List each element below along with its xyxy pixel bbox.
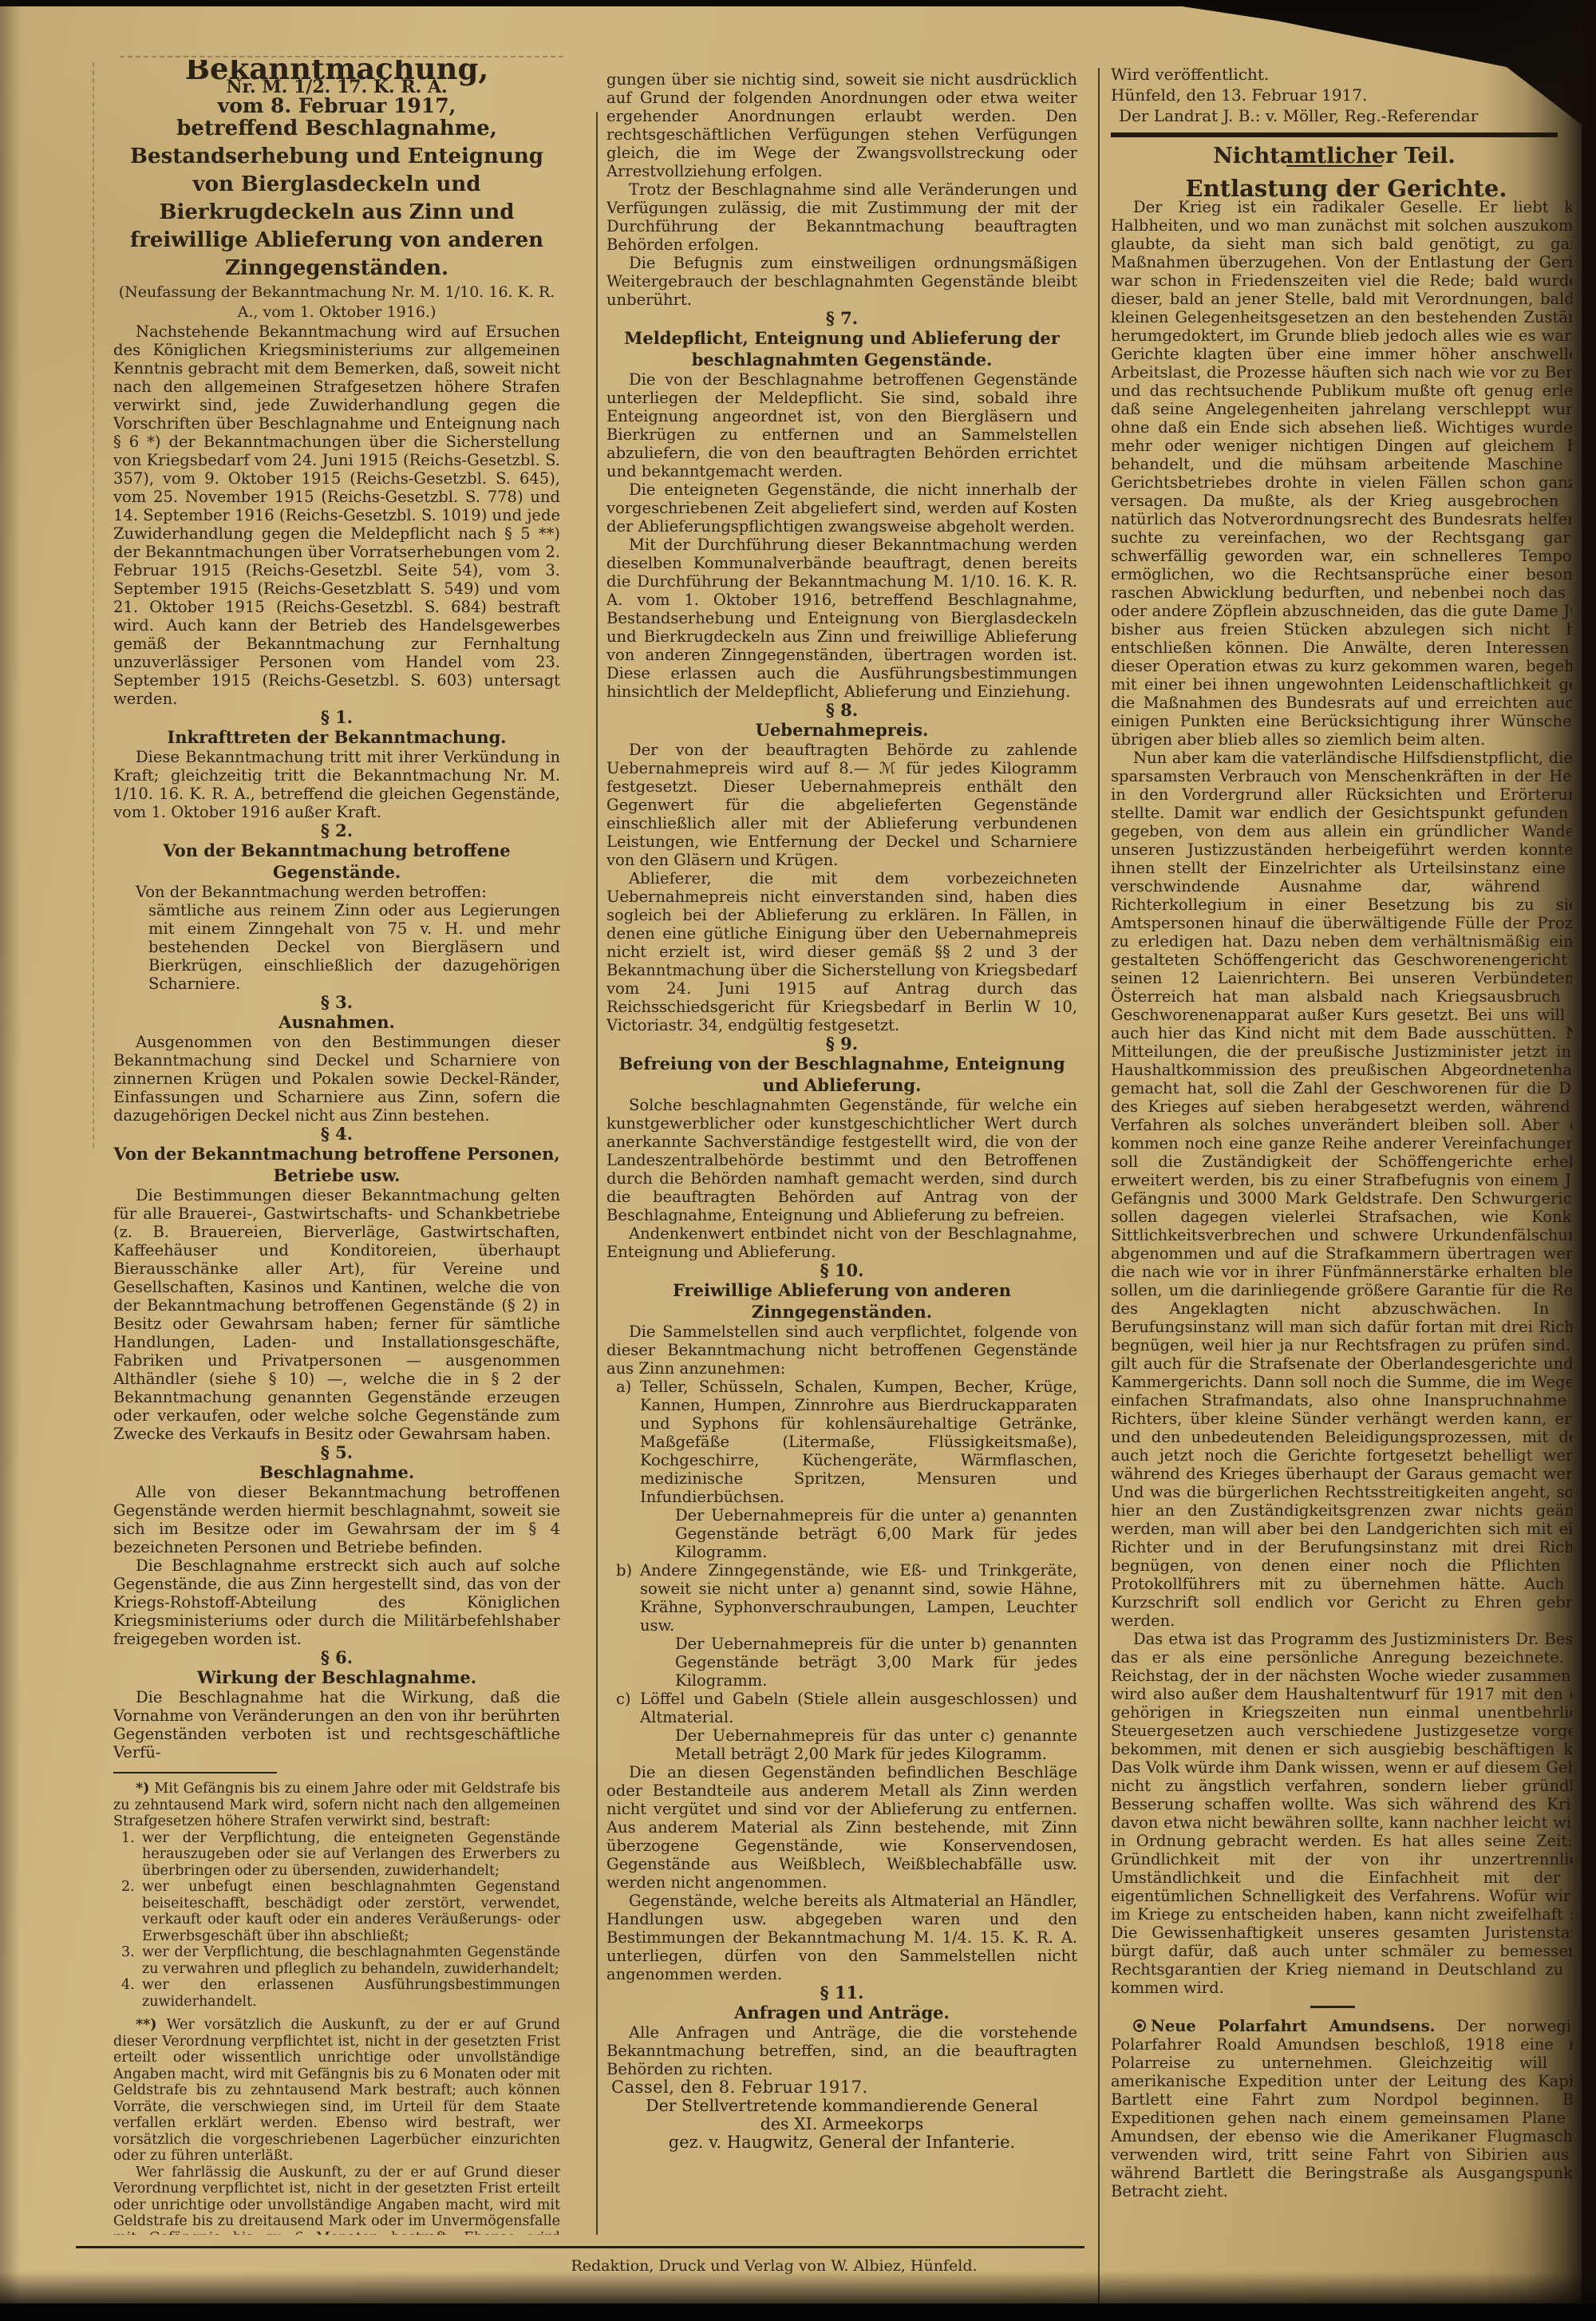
section-5-paragraph-2: Die Beschlagnahme erstreckt sich auch au… [113, 1556, 560, 1648]
footnote-doublestar-paragraph-1: **) Wer vorsätzlich die Auskunft, zu der… [113, 2017, 560, 2165]
footnote-separator-rule [113, 1772, 277, 1773]
announcement-intro-paragraph: Nachstehende Bekanntmachung wird auf Ers… [113, 322, 560, 708]
section-7-paragraph-1: Die von der Beschlagnahme betroffenen Ge… [606, 370, 1077, 480]
section-7-paragraph-2: Die enteigneten Gegenstände, die nicht i… [606, 480, 1077, 536]
column-divider-left-middle [596, 112, 598, 2235]
signature-line-1: Der Stellvertretende kommandierende Gene… [606, 2097, 1077, 2115]
left-column: Bekanntmachung, Nr. M. 1/2. 17. K. R. A.… [113, 60, 560, 2235]
footnote-doublestar-paragraph-2: Wer fahrlässig die Auskunft, zu der er a… [113, 2165, 560, 2236]
nonofficial-part-masthead: Nichtamtlicher Teil. [1111, 147, 1558, 165]
right-column: Wird veröffentlicht. Hünfeld, den 13. Fe… [1111, 64, 1572, 2305]
section-10-item-b-price: Der Uebernahmepreis für die unter b) gen… [606, 1635, 1077, 1690]
publication-note-landrat-line: Der Landrat J. B.: v. Möller, Reg.-Refer… [1111, 105, 1572, 126]
thick-divider-rule [1111, 132, 1558, 137]
section-6-paragraph: Die Beschlagnahme hat die Wirkung, daß d… [113, 1688, 560, 1762]
circled-dot-bullet-icon [1133, 2019, 1146, 2032]
section-11-paragraph: Alle Anfragen und Anträge, die die vorst… [606, 2023, 1077, 2078]
section-9-paragraph-1: Solche beschlagnahmten Gegenstände, für … [606, 1096, 1077, 1224]
section-1-heading: Inkrafttreten der Bekanntmachung. [113, 726, 560, 748]
article-paragraph-2: Nun aber kam die vaterländische Hilfsdie… [1111, 749, 1572, 1630]
section-8-paragraph-1: Der von der beauftragten Behörde zu zahl… [606, 741, 1077, 869]
footnote-doublestar-marker: **) [136, 2017, 157, 2033]
publication-note-line-2: Hünfeld, den 13. Februar 1917. [1111, 85, 1572, 105]
middle-column: gungen über sie nichtig sind, soweit sie… [606, 70, 1077, 2238]
section-1-paragraph: Diese Bekanntmachung tritt mit ihrer Ver… [113, 748, 560, 821]
section-8-heading: Uebernahmepreis. [606, 719, 1077, 741]
section-9-number: § 9. [606, 1034, 1077, 1053]
section-8-number: § 8. [606, 701, 1077, 719]
section-4-heading: Von der Bekanntmachung betroffene Person… [113, 1143, 560, 1186]
imprint-separator-rule [76, 2246, 1084, 2248]
continuation-paragraph-1: gungen über sie nichtig sind, soweit sie… [606, 70, 1077, 180]
section-11-number: § 11. [606, 1983, 1077, 2002]
footnote-star-marker: *) [136, 1781, 149, 1797]
news-item-title: Neue Polarfahrt Amundsens. [1151, 2017, 1435, 2035]
footnote-item-4-number: 4. [121, 1977, 135, 1994]
item-separator-dash [1310, 2006, 1355, 2008]
section-7-number: § 7. [606, 309, 1077, 327]
announcement-box-left-rule [93, 62, 94, 1148]
footnote-star-intro: *) Mit Gefängnis bis zu einem Jahre oder… [113, 1781, 560, 1830]
signature-line-3: gez. v. Haugwitz, General der Infanterie… [606, 2133, 1077, 2152]
announcement-subject: betreffend Beschlagnahme, Bestandserhebu… [113, 115, 560, 283]
section-11-heading: Anfragen und Anträge. [606, 2002, 1077, 2023]
news-item: Neue Polarfahrt Amundsens. Der norwegisc… [1111, 2017, 1572, 2200]
section-10-number: § 10. [606, 1261, 1077, 1279]
section-6-number: § 6. [113, 1648, 560, 1667]
section-10-item-c-label: c) [616, 1690, 631, 1708]
section-3-heading: Ausnahmen. [113, 1011, 560, 1033]
section-10-item-a-label: a) [616, 1378, 631, 1396]
section-10-item-a-price: Der Uebernahmepreis für die unter a) gen… [606, 1506, 1077, 1561]
section-10-item-b-label: b) [616, 1561, 632, 1580]
footnote-item-2: 2.wer unbefugt einen beschlagnahmten Geg… [113, 1879, 560, 1944]
announcement-date-line: vom 8. Februar 1917, [113, 97, 560, 115]
section-2-number: § 2. [113, 821, 560, 840]
section-7-heading: Meldepflicht, Enteignung und Ablieferung… [606, 327, 1077, 370]
footnote-item-2-number: 2. [121, 1879, 135, 1896]
section-8-paragraph-2: Ablieferer, die mit dem vorbezeichneten … [606, 869, 1077, 1034]
announcement-box-top-rule [120, 56, 563, 57]
announcement-title: Bekanntmachung, [113, 60, 560, 78]
footnote-item-3-number: 3. [121, 1944, 135, 1961]
imprint-line: Redaktion, Druck und Verlag von W. Albie… [527, 2257, 1021, 2275]
section-3-paragraph: Ausgenommen von den Bestimmungen dieser … [113, 1033, 560, 1125]
section-10-intro: Die Sammelstellen sind auch verpflichtet… [606, 1323, 1077, 1378]
footnote-item-4: 4.wer den erlassenen Ausführungsbestimmu… [113, 1977, 560, 2010]
continuation-paragraph-3: Die Befugnis zum einstweiligen ordnungsm… [606, 254, 1077, 309]
section-2-heading: Von der Bekanntmachung betroffene Gegens… [113, 840, 560, 883]
publication-note-line-1: Wird veröffentlicht. [1111, 64, 1572, 85]
continuation-paragraph-2: Trotz der Beschlagnahme sind alle Veränd… [606, 180, 1077, 254]
section-10-heading: Freiwillige Ablieferung von anderen Zinn… [606, 1279, 1077, 1323]
article-paragraph-3: Das etwa ist das Programm des Justizmini… [1111, 1630, 1572, 1997]
footnote-item-1: 1.wer der Verpflichtung, die enteigneten… [113, 1830, 560, 1880]
newspaper-page: Bekanntmachung, Nr. M. 1/2. 17. K. R. A.… [0, 0, 1596, 2321]
signature-line-2: des XI. Armeekorps [606, 2115, 1077, 2133]
section-9-paragraph-2: Andenkenwert entbindet nicht von der Bes… [606, 1224, 1077, 1261]
section-6-heading: Wirkung der Beschlagnahme. [113, 1667, 560, 1688]
section-4-number: § 4. [113, 1125, 560, 1143]
article-headline: Entlastung der Gerichte. [1111, 180, 1572, 198]
footnote-item-3: 3.wer der Verpflichtung, die beschlagnah… [113, 1944, 560, 1977]
column-divider-middle-right [1098, 68, 1100, 2303]
section-1-number: § 1. [113, 708, 560, 726]
section-7-paragraph-3: Mit der Durchführung dieser Bekanntmachu… [606, 536, 1077, 701]
section-10-item-c: c)Löffel und Gabeln (Stiele allein ausge… [606, 1690, 1077, 1726]
footnote-block: *) Mit Gefängnis bis zu einem Jahre oder… [113, 1772, 560, 2235]
footnote-item-1-number: 1. [121, 1830, 135, 1847]
section-10-closing-2: Gegenstände, welche bereits als Altmater… [606, 1892, 1077, 1983]
section-5-paragraph-1: Alle von dieser Bekanntmachung betroffen… [113, 1483, 560, 1556]
news-item-text: Der norwegische Polarfahrer Roald Amunds… [1111, 2017, 1572, 2200]
section-10-item-c-price: Der Uebernahmepreis für das unter c) gen… [606, 1726, 1077, 1763]
section-9-heading: Befreiung von der Beschlagnahme, Enteign… [606, 1053, 1077, 1096]
section-5-number: § 5. [113, 1443, 560, 1461]
announcement-revision-note: (Neufassung der Bekanntmachung Nr. M. 1/… [113, 283, 560, 322]
announcement-dateline: Cassel, den 8. Februar 1917. [606, 2078, 1077, 2097]
article-paragraph-1: Der Krieg ist ein radikaler Geselle. Er … [1111, 198, 1572, 749]
section-10-item-b: b)Andere Zinngegenstände, wie Eß- und Tr… [606, 1561, 1077, 1635]
section-10-item-a: a)Teller, Schüsseln, Schalen, Kumpen, Be… [606, 1378, 1077, 1506]
section-10-closing-1: Die an diesen Gegenständen befindlichen … [606, 1763, 1077, 1892]
section-2-indented-provision: sämtliche aus reinem Zinn oder aus Legie… [113, 901, 560, 993]
section-2-paragraph: Von der Bekanntmachung werden betroffen: [113, 883, 560, 901]
section-4-paragraph: Die Bestimmungen dieser Bekanntmachung g… [113, 1186, 560, 1443]
section-3-number: § 3. [113, 993, 560, 1011]
section-5-heading: Beschlagnahme. [113, 1461, 560, 1483]
right-column-inner: Wird veröffentlicht. Hünfeld, den 13. Fe… [1111, 64, 1572, 2200]
